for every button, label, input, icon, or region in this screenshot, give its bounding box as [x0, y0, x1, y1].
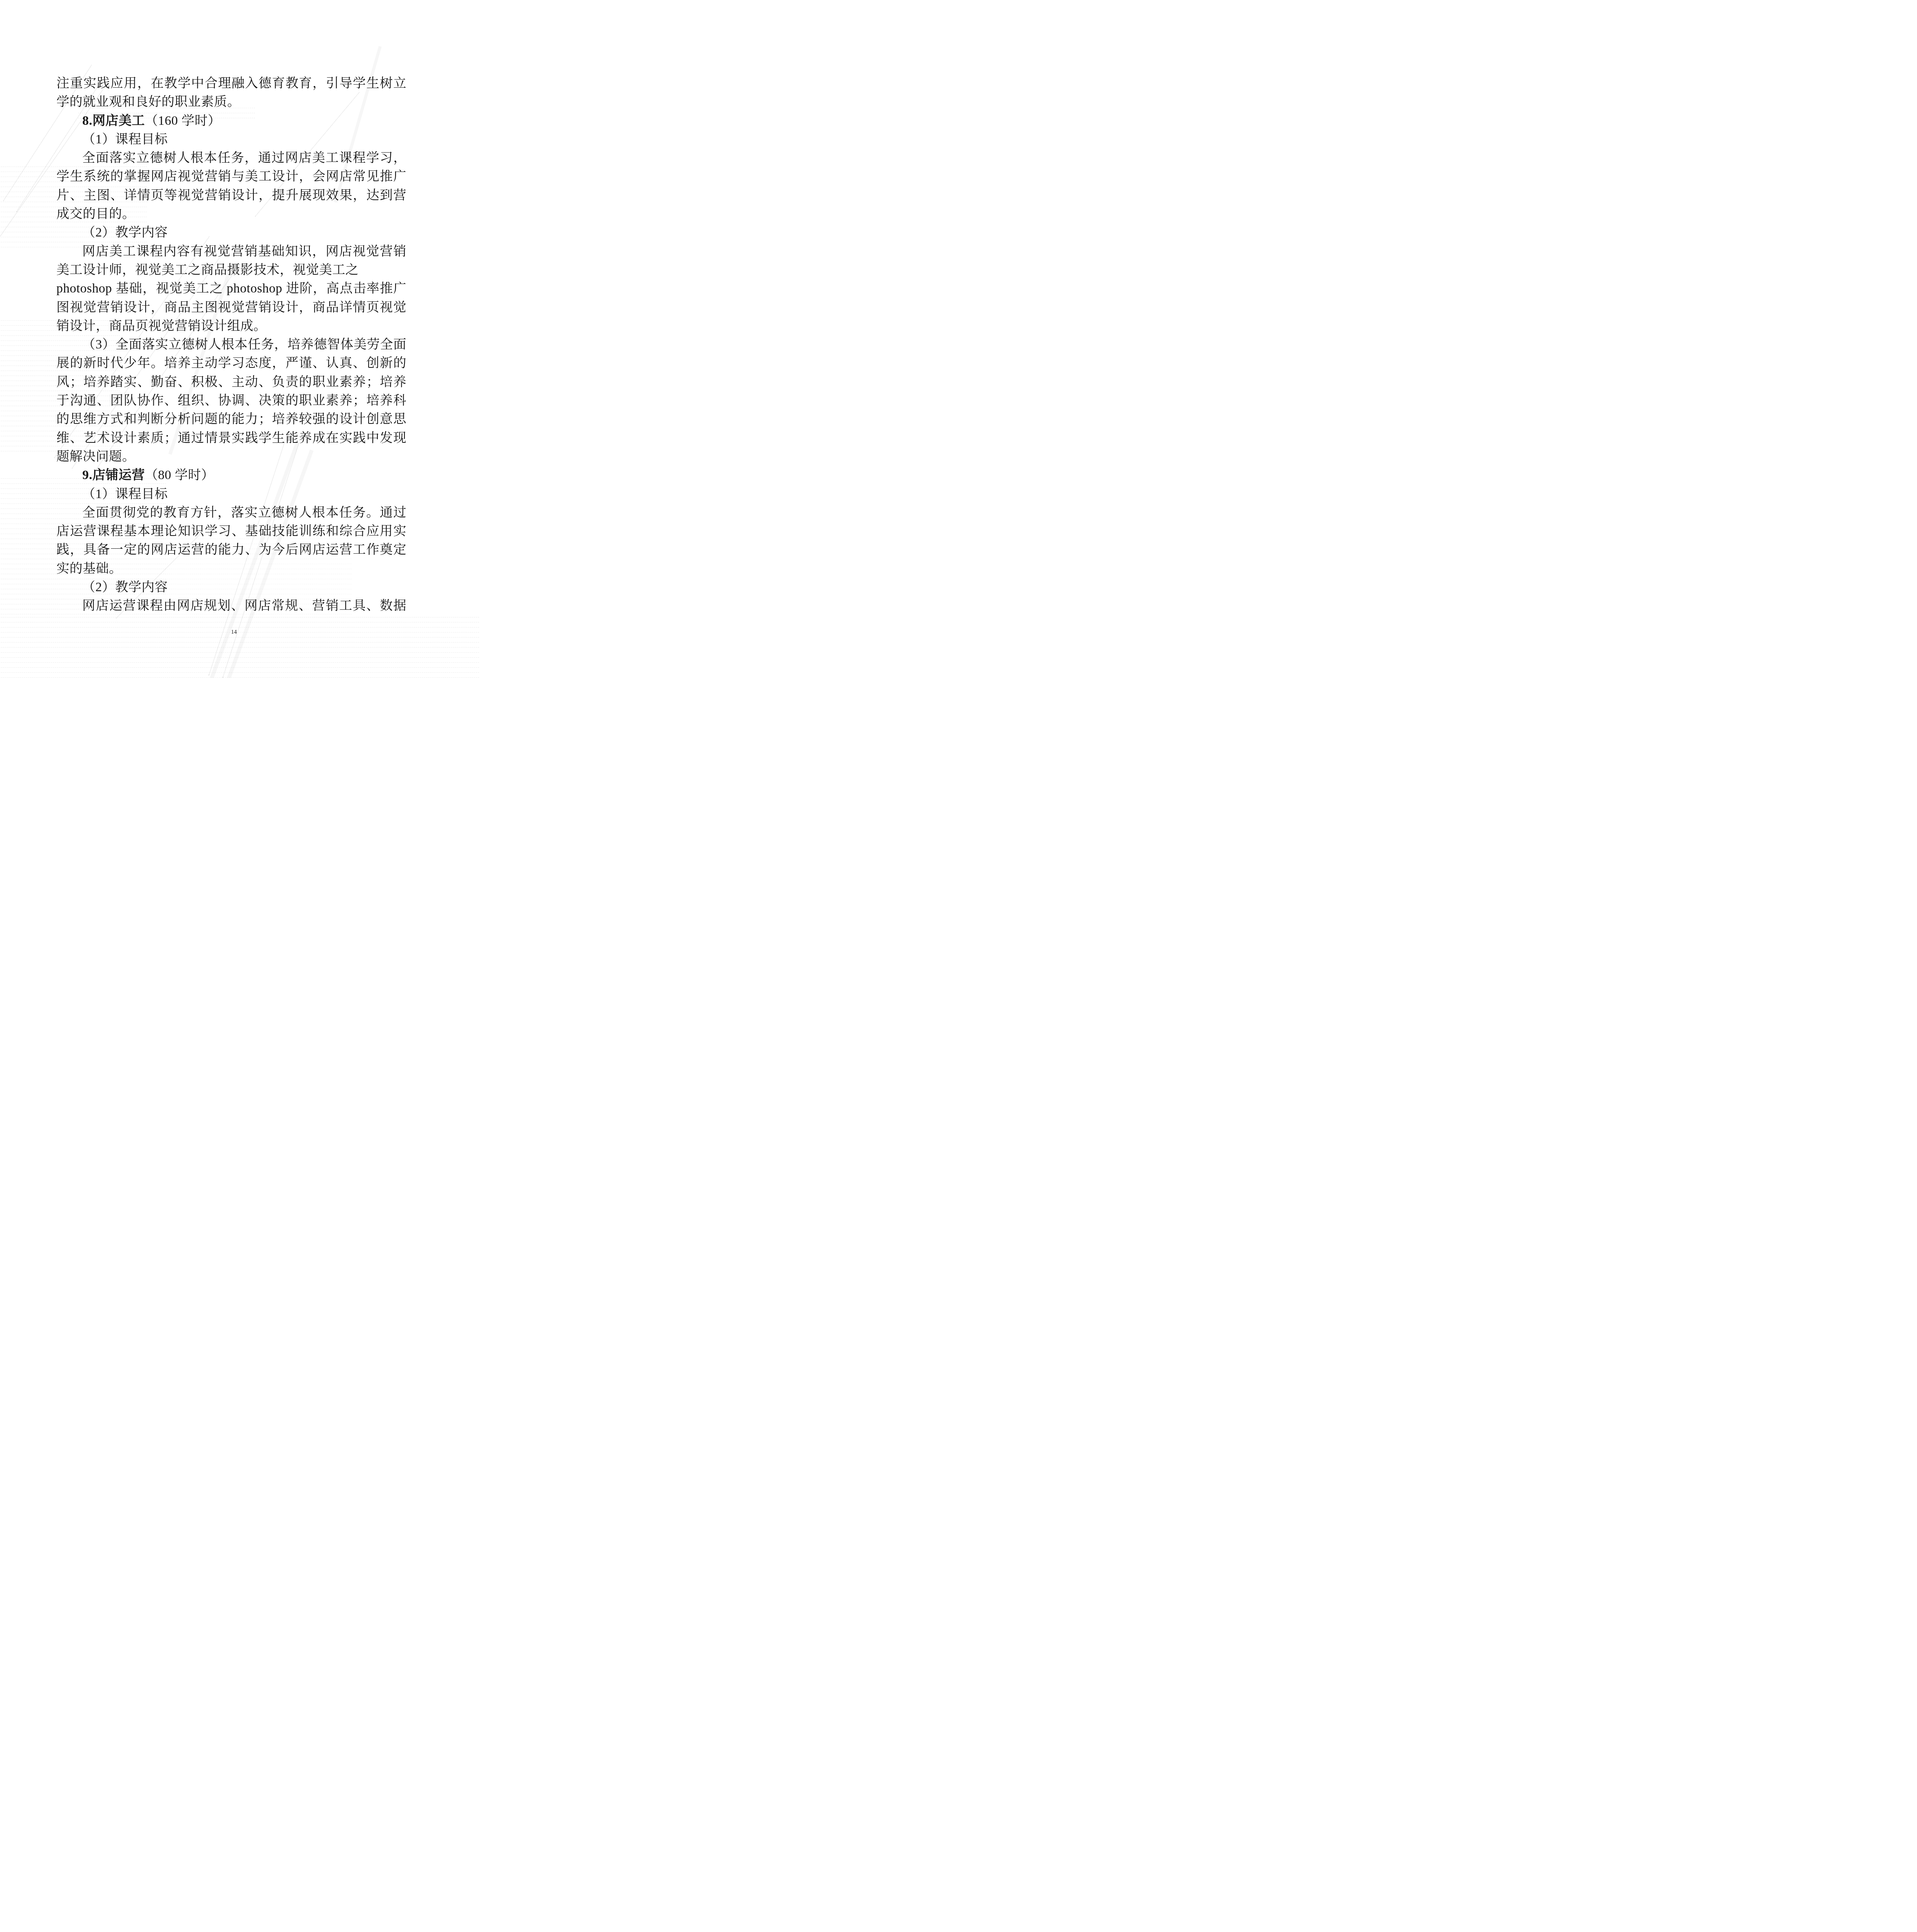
text-line: 网店运营课程由网店规划、网店常规、营销工具、数据分: [56, 597, 406, 615]
text-line: 实的基础。: [56, 560, 406, 578]
text-line: 风；培养踏实、勤奋、积极、主动、负责的职业素养；培养善: [56, 373, 406, 391]
text-line: 店运营课程基本理论知识学习、基础技能训练和综合应用实: [56, 522, 406, 541]
text-line: （1）课程目标: [56, 485, 406, 503]
text-line: （3）全面落实立德树人根本任务，培养德智体美劳全面发: [56, 335, 406, 354]
document-page: 注重实践应用，在教学中合理融入德育教育，引导学生树立科学的就业观和良好的职业素质…: [0, 0, 479, 678]
text-line: 践，具备一定的网店运营的能力、为今后网店运营工作奠定扎: [56, 541, 406, 559]
text-line: 图视觉营销设计，商品主图视觉营销设计，商品详情页视觉营: [56, 298, 406, 317]
text-line: （2）教学内容: [56, 578, 406, 597]
text-line: 学的就业观和良好的职业素质。: [56, 93, 406, 111]
heading-number-title: 9.店铺运营: [82, 468, 145, 482]
page-body: 注重实践应用，在教学中合理融入德育教育，引导学生树立科学的就业观和良好的职业素质…: [56, 74, 406, 616]
text-line: 美工设计师，视觉美工之商品摄影技术，视觉美工之: [56, 261, 406, 279]
heading-hours: （160 学时）: [145, 114, 221, 128]
text-line: 的思维方式和判断分析问题的能力；培养较强的设计创意思: [56, 410, 406, 429]
text-line: 注重实践应用，在教学中合理融入德育教育，引导学生树立科: [56, 74, 406, 93]
text-line: 片、主图、详情页等视觉营销设计，提升展现效果，达到营销: [56, 186, 406, 205]
text-line: 成交的目的。: [56, 205, 406, 223]
heading-number-title: 8.网店美工: [82, 114, 145, 128]
text-line: 全面落实立德树人根本任务，通过网店美工课程学习，使: [56, 149, 406, 167]
section-heading: 8.网店美工（160 学时）: [56, 112, 406, 130]
text-line: photoshop 基础，视觉美工之 photoshop 进阶，高点击率推广: [56, 279, 406, 298]
heading-hours: （80 学时）: [145, 468, 214, 482]
text-line: 展的新时代少年。培养主动学习态度，严谨、认真、创新的作: [56, 354, 406, 372]
dotted-rows-artifact: [0, 615, 479, 678]
text-line: 网店美工课程内容有视觉营销基础知识，网店视觉营销与: [56, 242, 406, 261]
text-line: 题解决问题。: [56, 447, 406, 466]
section-heading: 9.店铺运营（80 学时）: [56, 466, 406, 485]
text-line: 全面贯彻党的教育方针，落实立德树人根本任务。通过网: [56, 503, 406, 522]
text-line: 维、艺术设计素质；通过情景实践学生能养成在实践中发现问: [56, 429, 406, 447]
text-line: （1）课程目标: [56, 130, 406, 149]
text-line: 学生系统的掌握网店视觉营销与美工设计，会网店常见推广图: [56, 167, 406, 186]
text-line: 销设计，商品页视觉营销设计组成。: [56, 317, 406, 335]
page-footer: 14: [0, 629, 479, 636]
text-line: 于沟通、团队协作、组织、协调、决策的职业素养；培养科学: [56, 391, 406, 410]
page-number: 14: [231, 629, 237, 635]
text-line: （2）教学内容: [56, 223, 406, 242]
